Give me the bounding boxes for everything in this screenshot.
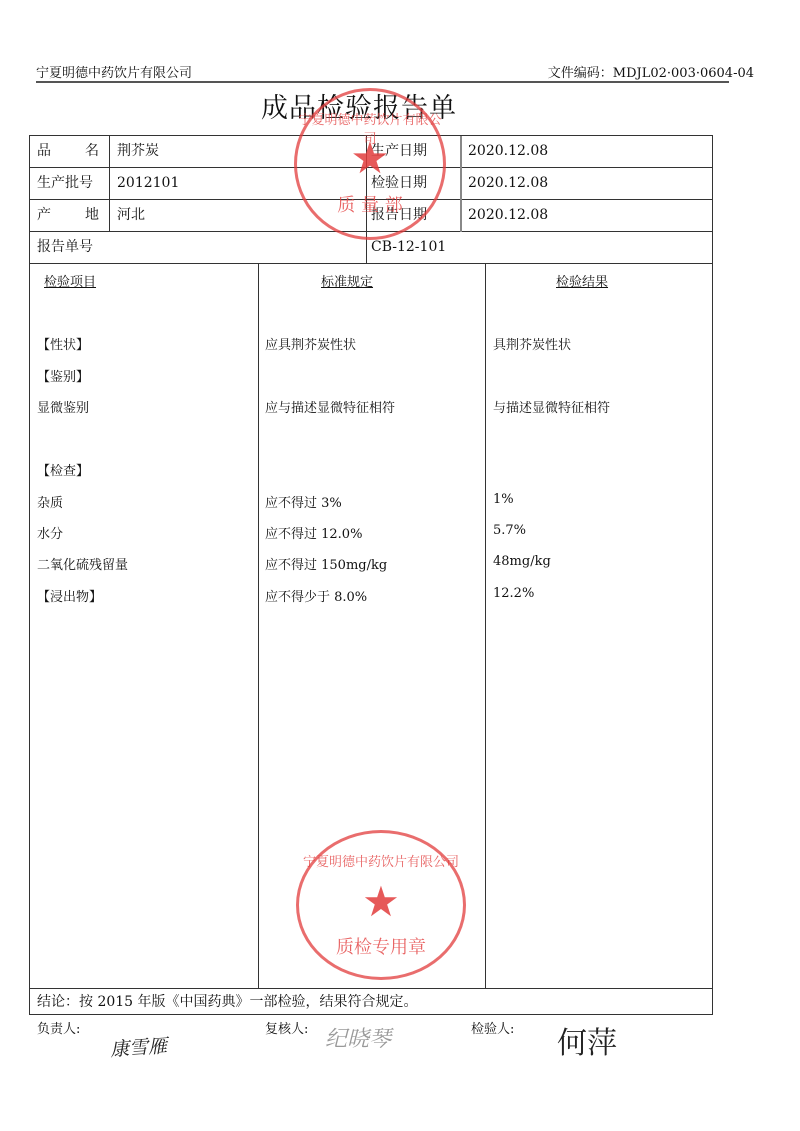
header-divider xyxy=(36,81,729,83)
row-item: 【检查】 xyxy=(37,460,89,479)
origin-label: 产地 xyxy=(37,199,99,231)
column-header-item: 检验项目 xyxy=(44,271,96,290)
row-standard: 应不得过 12.0% xyxy=(265,523,362,542)
product-name-label: 品名 xyxy=(37,135,99,167)
row-standard: 应具荆芥炭性状 xyxy=(265,334,356,353)
col-divider xyxy=(109,136,110,232)
label-char: 地 xyxy=(85,199,99,231)
row-standard: 应不得少于 8.0% xyxy=(265,586,367,605)
row-standard: 应不得过 150mg/kg xyxy=(265,554,387,573)
label-char: 名 xyxy=(85,135,99,167)
row-standard: 应不得过 3% xyxy=(265,492,342,511)
origin-value: 河北 xyxy=(117,199,145,231)
row-result: 12.2% xyxy=(493,586,534,601)
report-no-value: CB-12-101 xyxy=(371,231,446,263)
report-table xyxy=(29,135,713,1015)
responsible-label: 负责人: xyxy=(37,1018,80,1037)
row-divider xyxy=(30,988,712,989)
col-divider xyxy=(460,136,462,232)
column-header-result: 检验结果 xyxy=(556,271,608,290)
batch-value: 2012101 xyxy=(117,167,179,199)
report-date-label: 报告日期 xyxy=(371,199,427,231)
product-name-value: 荆芥炭 xyxy=(117,135,159,167)
responsible-signature: 康雪雁 xyxy=(109,1031,168,1062)
batch-label: 生产批号 xyxy=(37,167,93,199)
row-result: 48mg/kg xyxy=(493,554,551,569)
row-item: 【性状】 xyxy=(37,334,89,353)
row-item: 【浸出物】 xyxy=(37,586,102,605)
label-char: 产 xyxy=(37,199,51,231)
row-result: 具荆芥炭性状 xyxy=(493,334,571,353)
production-date-value: 2020.12.08 xyxy=(468,135,548,167)
col-divider xyxy=(258,264,259,988)
document-code: 文件编码：MDJL02·003·0604-04 xyxy=(548,62,754,81)
row-result: 1% xyxy=(493,492,514,507)
row-item: 二氧化硫残留量 xyxy=(37,554,128,573)
inspection-date-label: 检验日期 xyxy=(371,167,427,199)
inspector-label: 检验人: xyxy=(471,1018,514,1037)
page-title: 成品检验报告单 xyxy=(0,86,718,125)
row-divider xyxy=(30,263,712,264)
row-item: 【鉴别】 xyxy=(37,366,89,385)
row-result: 与描述显微特征相符 xyxy=(493,397,610,416)
inspection-date-value: 2020.12.08 xyxy=(468,167,548,199)
report-no-label: 报告单号 xyxy=(37,231,93,263)
reviewer-signature: 纪晓琴 xyxy=(325,1022,391,1053)
reviewer-label: 复核人: xyxy=(265,1018,308,1037)
row-item: 水分 xyxy=(37,523,63,542)
conclusion-text: 结论：按 2015 年版《中国药典》一部检验，结果符合规定。 xyxy=(37,991,418,1011)
col-divider xyxy=(485,264,486,988)
row-standard: 应与描述显微特征相符 xyxy=(265,397,395,416)
row-item: 杂质 xyxy=(37,492,63,511)
report-date-value: 2020.12.08 xyxy=(468,199,548,231)
row-item: 显微鉴别 xyxy=(37,397,89,416)
label-char: 品 xyxy=(37,135,51,167)
row-result: 5.7% xyxy=(493,523,526,538)
column-header-standard: 标准规定 xyxy=(321,271,373,290)
inspector-signature: 何萍 xyxy=(557,1018,617,1062)
col-divider xyxy=(366,136,367,264)
production-date-label: 生产日期 xyxy=(371,135,427,167)
company-name: 宁夏明德中药饮片有限公司 xyxy=(36,62,192,81)
